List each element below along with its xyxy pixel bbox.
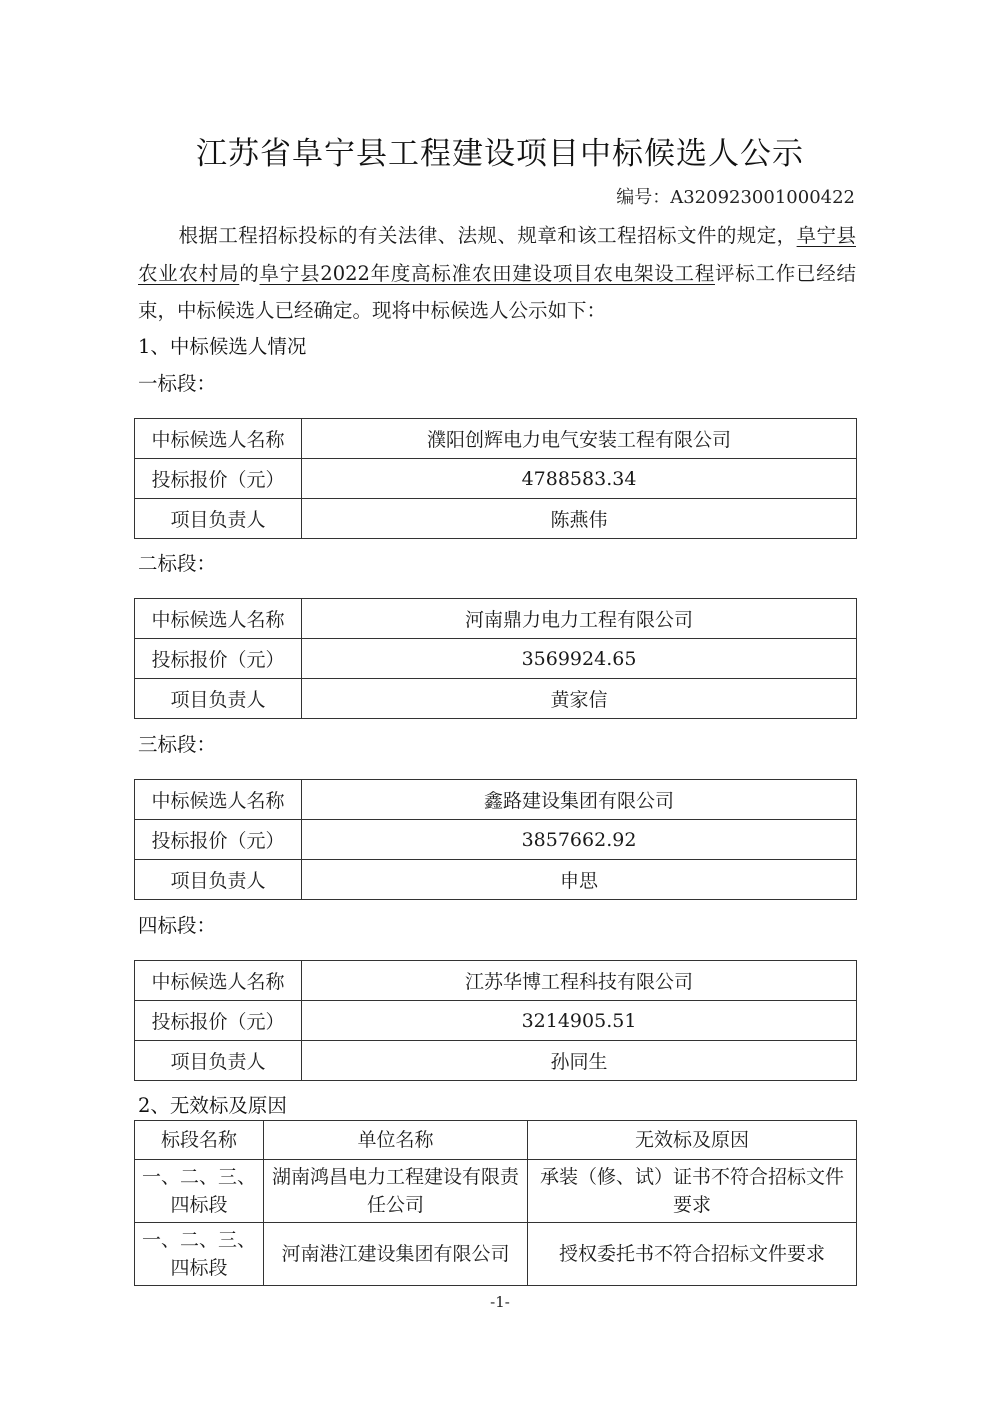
project-manager-value: 陈燕伟	[302, 499, 857, 539]
table-row: 一、二、三、四标段 湖南鸿昌电力工程建设有限责任公司 承装（修、试）证书不符合招…	[135, 1160, 857, 1223]
invalid-bids-table: 标段名称 单位名称 无效标及原因 一、二、三、四标段 湖南鸿昌电力工程建设有限责…	[134, 1120, 857, 1286]
table-row: 中标候选人名称 江苏华博工程科技有限公司	[135, 961, 857, 1001]
bid-price-label: 投标报价（元）	[135, 459, 302, 499]
bid-price-value: 3857662.92	[302, 820, 857, 860]
table-row: 投标报价（元） 4788583.34	[135, 459, 857, 499]
table-row: 中标候选人名称 河南鼎力电力工程有限公司	[135, 599, 857, 639]
project-manager-label: 项目负责人	[135, 499, 302, 539]
project-manager-label: 项目负责人	[135, 1041, 302, 1081]
candidate-name-value: 濮阳创辉电力电气安装工程有限公司	[302, 419, 857, 459]
lot4-title: 四标段：	[138, 910, 216, 938]
project-manager-value: 申思	[302, 860, 857, 900]
table-row: 项目负责人 黄家信	[135, 679, 857, 719]
document-number-label: 编号：	[616, 187, 670, 208]
intro-paragraph: 根据工程招标投标的有关法律、法规、规章和该工程招标文件的规定，阜宁县农业农村局的…	[138, 217, 856, 330]
lot3-title: 三标段：	[138, 729, 216, 757]
candidate-name-value: 鑫路建设集团有限公司	[302, 780, 857, 820]
company-name-cell: 湖南鸿昌电力工程建设有限责任公司	[264, 1160, 528, 1223]
document-number-value: A320923001000422	[670, 187, 855, 208]
candidate-name-label: 中标候选人名称	[135, 961, 302, 1001]
lot-name-cell: 一、二、三、四标段	[135, 1160, 264, 1223]
lot1-table: 中标候选人名称 濮阳创辉电力电气安装工程有限公司 投标报价（元） 4788583…	[134, 418, 857, 539]
candidate-name-label: 中标候选人名称	[135, 599, 302, 639]
bid-price-label: 投标报价（元）	[135, 820, 302, 860]
project-manager-value: 黄家信	[302, 679, 857, 719]
table-row: 项目负责人 陈燕伟	[135, 499, 857, 539]
header-company-name: 单位名称	[264, 1121, 528, 1160]
project-manager-value: 孙同生	[302, 1041, 857, 1081]
candidate-name-value: 江苏华博工程科技有限公司	[302, 961, 857, 1001]
candidate-name-label: 中标候选人名称	[135, 419, 302, 459]
table-row: 项目负责人 孙同生	[135, 1041, 857, 1081]
project-name: 阜宁县2022年度高标准农田建设项目农电架设工程	[260, 262, 715, 285]
company-name-cell: 河南港江建设集团有限公司	[264, 1223, 528, 1286]
project-manager-label: 项目负责人	[135, 860, 302, 900]
lot4-table: 中标候选人名称 江苏华博工程科技有限公司 投标报价（元） 3214905.51 …	[134, 960, 857, 1081]
table-row: 投标报价（元） 3569924.65	[135, 639, 857, 679]
section1-heading: 1、中标候选人情况	[138, 331, 306, 359]
table-row: 项目负责人 申思	[135, 860, 857, 900]
table-row: 投标报价（元） 3214905.51	[135, 1001, 857, 1041]
section2-heading: 2、无效标及原因	[138, 1090, 287, 1118]
table-header-row: 标段名称 单位名称 无效标及原因	[135, 1121, 857, 1160]
header-lot-name: 标段名称	[135, 1121, 264, 1160]
project-manager-label: 项目负责人	[135, 679, 302, 719]
bid-price-label: 投标报价（元）	[135, 639, 302, 679]
candidate-name-value: 河南鼎力电力工程有限公司	[302, 599, 857, 639]
document-number: 编号：A320923001000422	[616, 183, 855, 209]
bid-price-value: 4788583.34	[302, 459, 857, 499]
lot1-title: 一标段：	[138, 368, 216, 396]
intro-text-1: 根据工程招标投标的有关法律、法规、规章和该工程招标文件的规定，	[178, 224, 797, 247]
bid-price-label: 投标报价（元）	[135, 1001, 302, 1041]
lot3-table: 中标候选人名称 鑫路建设集团有限公司 投标报价（元） 3857662.92 项目…	[134, 779, 857, 900]
invalid-reason-cell: 承装（修、试）证书不符合招标文件要求	[528, 1160, 857, 1223]
table-row: 中标候选人名称 濮阳创辉电力电气安装工程有限公司	[135, 419, 857, 459]
bid-price-value: 3569924.65	[302, 639, 857, 679]
candidate-name-label: 中标候选人名称	[135, 780, 302, 820]
page-number: -1-	[0, 1293, 1000, 1311]
lot2-table: 中标候选人名称 河南鼎力电力工程有限公司 投标报价（元） 3569924.65 …	[134, 598, 857, 719]
invalid-reason-cell: 授权委托书不符合招标文件要求	[528, 1223, 857, 1286]
table-row: 中标候选人名称 鑫路建设集团有限公司	[135, 780, 857, 820]
header-invalid-reason: 无效标及原因	[528, 1121, 857, 1160]
page-title: 江苏省阜宁县工程建设项目中标候选人公示	[0, 128, 1000, 173]
intro-text-2: 的	[239, 262, 259, 285]
table-row: 一、二、三、四标段 河南港江建设集团有限公司 授权委托书不符合招标文件要求	[135, 1223, 857, 1286]
table-row: 投标报价（元） 3857662.92	[135, 820, 857, 860]
lot2-title: 二标段：	[138, 548, 216, 576]
lot-name-cell: 一、二、三、四标段	[135, 1223, 264, 1286]
bid-price-value: 3214905.51	[302, 1001, 857, 1041]
